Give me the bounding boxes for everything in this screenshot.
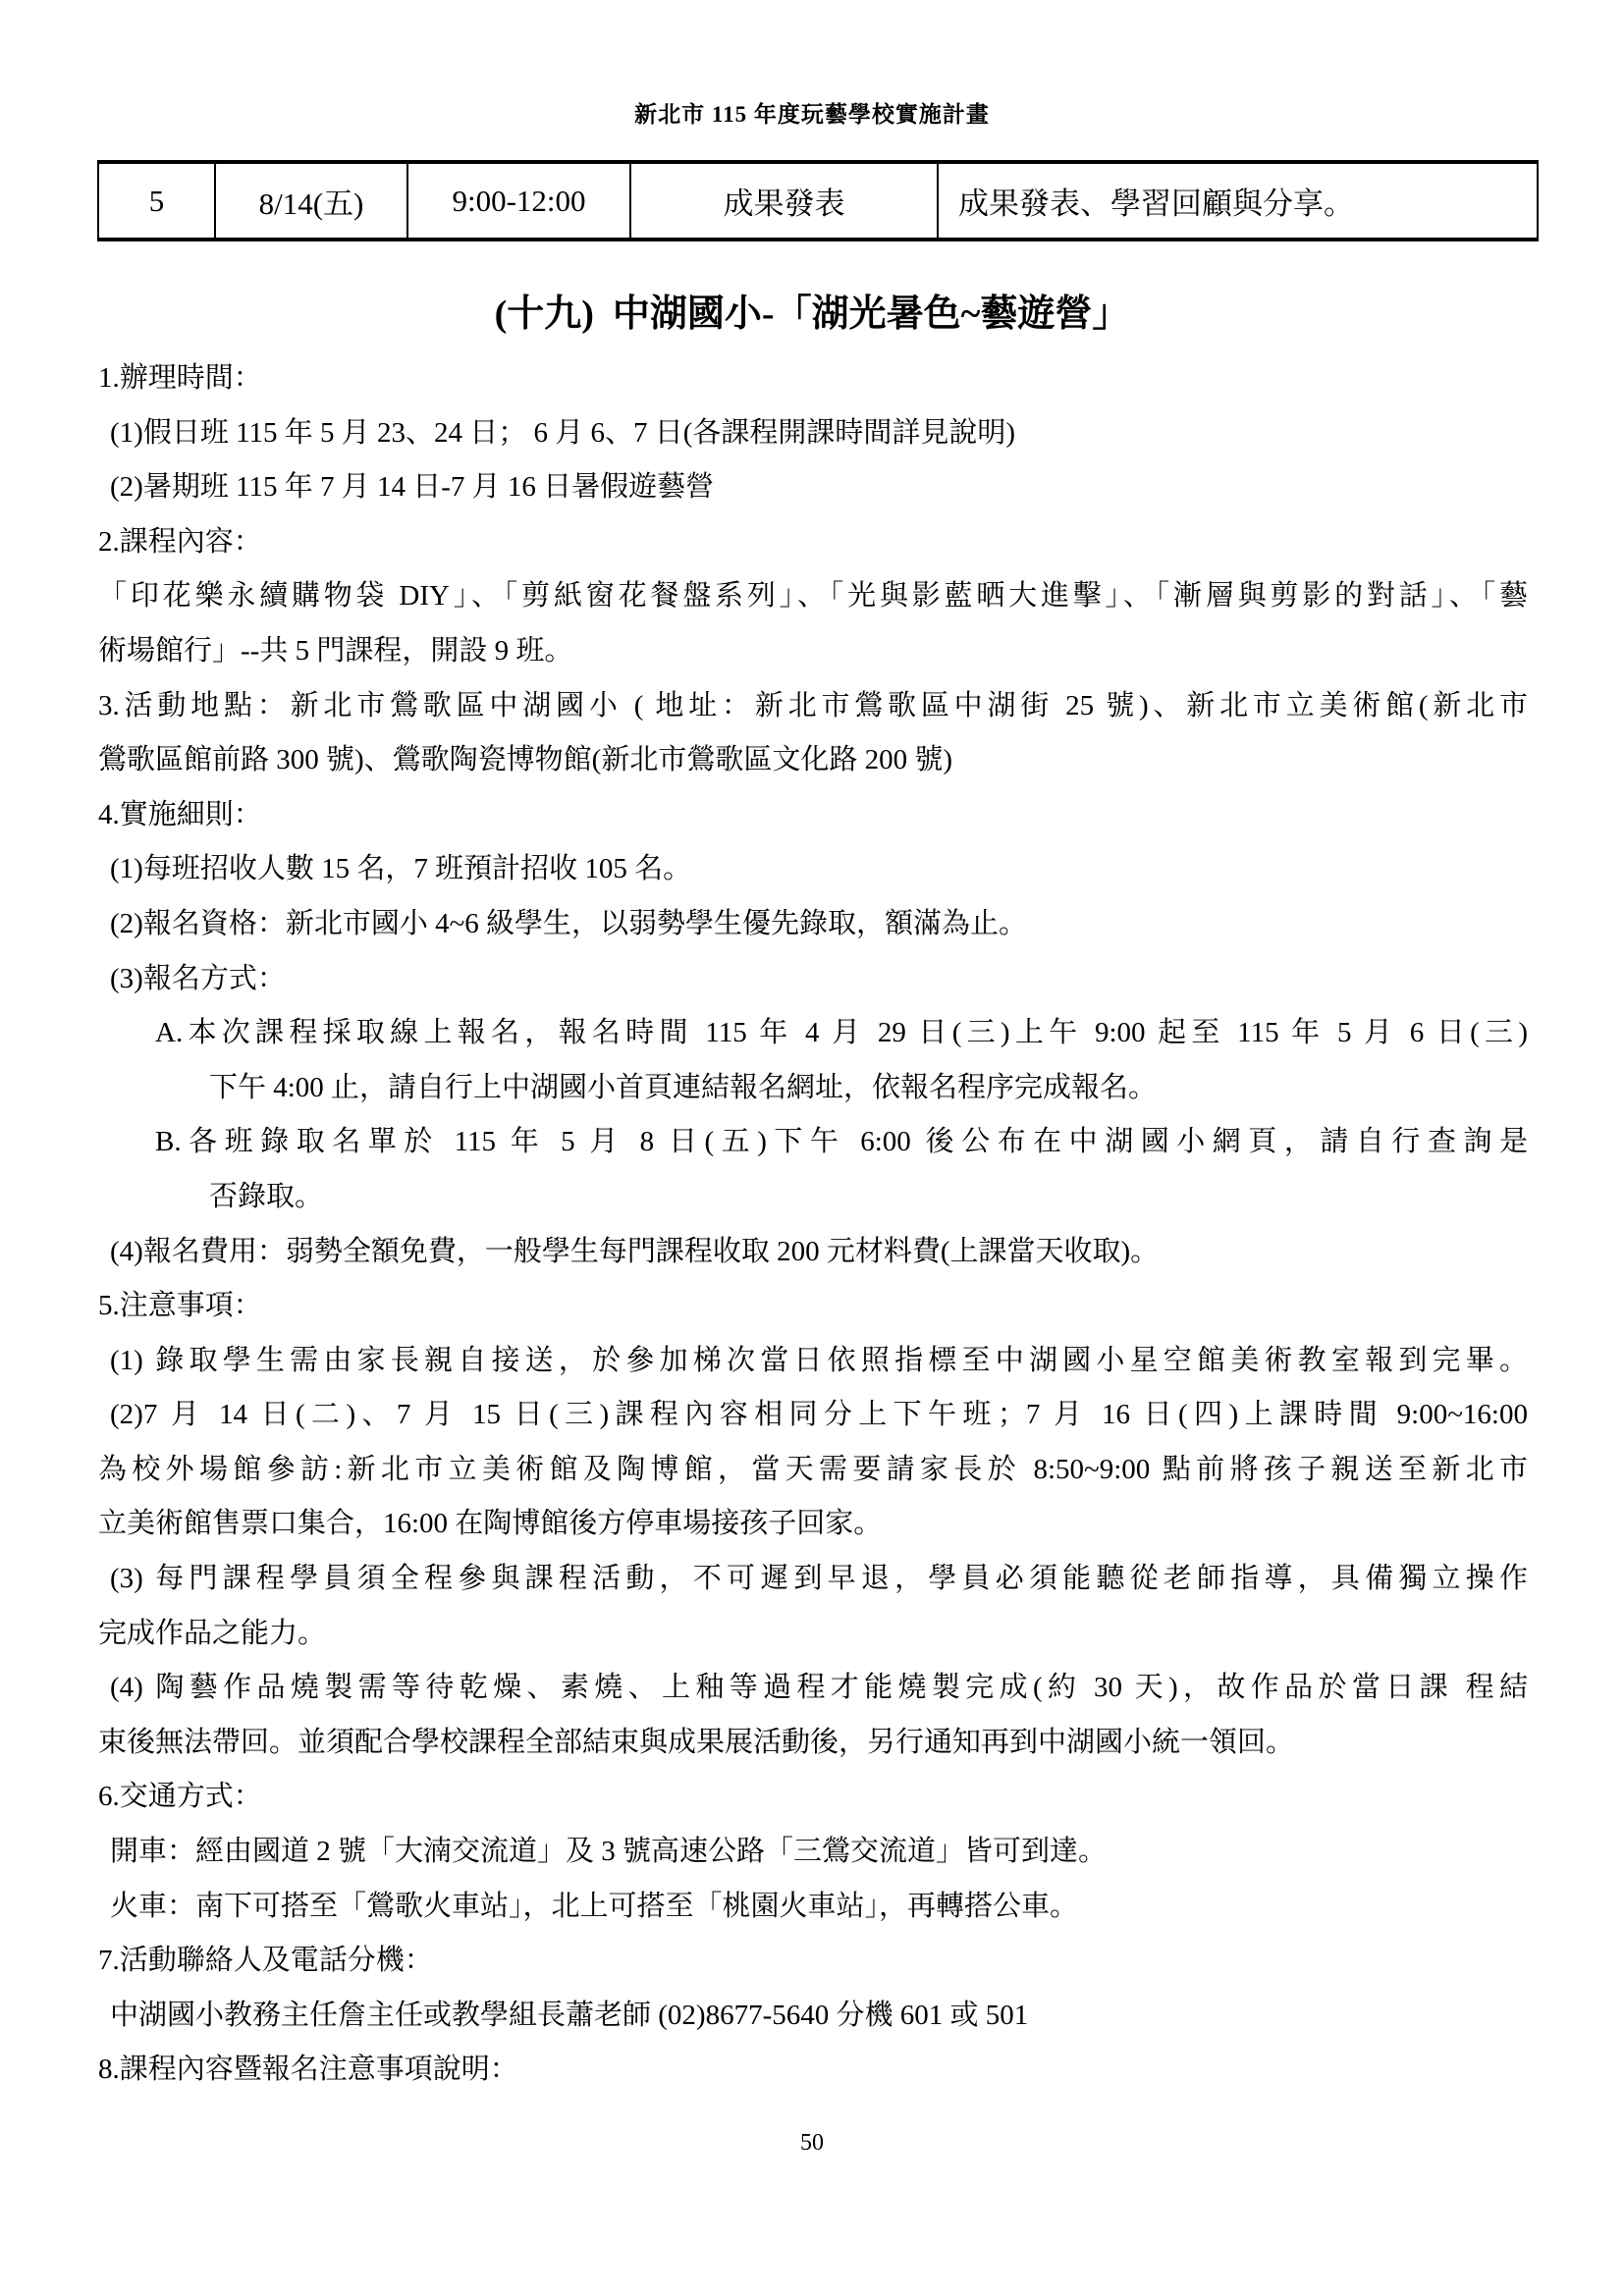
body-line: 否錄取。 <box>0 1170 1624 1225</box>
body-line: 完成作品之能力。 <box>0 1607 1624 1662</box>
body-line: 為校外場館參訪:新北市立美術館及陶博館，當天需要請家長於 8:50~9:00 點… <box>0 1443 1624 1498</box>
body-line: 立美術館售票口集合，16:00 在陶博館後方停車場接孩子回家。 <box>0 1497 1624 1552</box>
document-body: 1.辦理時間：(1)假日班 115 年 5 月 23、24 日； 6 月 6、7… <box>0 351 1624 2098</box>
body-line: (4)報名費用：弱勢全額免費，一般學生每門課程收取 200 元材料費(上課當天收… <box>0 1225 1624 1280</box>
section-title: (十九) 中湖國小-「湖光暑色~藝遊營」 <box>0 283 1624 337</box>
body-line: 1.辦理時間： <box>0 351 1624 406</box>
body-line: 術場館行」--共 5 門課程，開設 9 班。 <box>0 624 1624 679</box>
body-line: 2.課程內容： <box>0 515 1624 570</box>
body-line: (1) 錄取學生需由家長親自接送，於參加梯次當日依照指標至中湖國小星空館美術教室… <box>0 1334 1624 1389</box>
table-cell-time: 9:00-12:00 <box>408 164 631 238</box>
body-line: 3.活動地點：新北市鶯歌區中湖國小 ( 地址：新北市鶯歌區中湖街 25 號)、新… <box>0 679 1624 734</box>
body-line: 鶯歌區館前路 300 號)、鶯歌陶瓷博物館(新北市鶯歌區文化路 200 號) <box>0 733 1624 788</box>
table-cell-date: 8/14(五) <box>216 164 408 238</box>
body-line: (3) 每門課程學員須全程參與課程活動，不可遲到早退，學員必須能聽從老師指導，具… <box>0 1552 1624 1607</box>
body-line: B.各班錄取名單於 115 年 5 月 8 日(五)下午 6:00 後公布在中湖… <box>0 1115 1624 1170</box>
body-line: (4) 陶藝作品燒製需等待乾燥、素燒、上釉等過程才能燒製完成(約 30 天)，故… <box>0 1661 1624 1716</box>
body-line: 束後無法帶回。並須配合學校課程全部結束與成果展活動後，另行通知再到中湖國小統一領… <box>0 1716 1624 1771</box>
body-line: 中湖國小教務主任詹主任或教學組長蕭老師 (02)8677-5640 分機 601… <box>0 1989 1624 2044</box>
table-cell-activity: 成果發表 <box>631 164 939 238</box>
document-page: 新北市 115 年度玩藝學校實施計畫 58/14(五)9:00-12:00成果發… <box>0 0 1624 2296</box>
body-line: (1)每班招收人數 15 名，7 班預計招收 105 名。 <box>0 842 1624 897</box>
body-line: (2)7 月 14 日(二)、7 月 15 日(三)課程內容相同分上下午班；7 … <box>0 1388 1624 1443</box>
body-line: (2)暑期班 115 年 7 月 14 日-7 月 16 日暑假遊藝營 <box>0 460 1624 515</box>
body-line: 8.課程內容暨報名注意事項說明： <box>0 2043 1624 2098</box>
schedule-table-row: 58/14(五)9:00-12:00成果發表成果發表、學習回顧與分享。 <box>97 160 1539 241</box>
body-line: 下午 4:00 止，請自行上中湖國小首頁連結報名網址，依報名程序完成報名。 <box>0 1061 1624 1116</box>
body-line: (1)假日班 115 年 5 月 23、24 日； 6 月 6、7 日(各課程開… <box>0 406 1624 461</box>
page-number: 50 <box>0 2130 1624 2157</box>
body-line: 火車：南下可搭至「鶯歌火車站」，北上可搭至「桃園火車站」，再轉搭公車。 <box>0 1880 1624 1935</box>
body-line: 7.活動聯絡人及電話分機： <box>0 1934 1624 1989</box>
body-line: 6.交通方式： <box>0 1770 1624 1825</box>
body-line: 開車：經由國道 2 號「大湳交流道」及 3 號高速公路「三鶯交流道」皆可到達。 <box>0 1825 1624 1880</box>
body-line: 5.注意事項： <box>0 1279 1624 1334</box>
document-header-title: 新北市 115 年度玩藝學校實施計畫 <box>0 96 1624 129</box>
table-cell-row-number: 5 <box>99 164 216 238</box>
table-cell-description: 成果發表、學習回顧與分享。 <box>939 164 1537 238</box>
body-line: A.本次課程採取線上報名，報名時間 115 年 4 月 29 日(三)上午 9:… <box>0 1006 1624 1061</box>
body-line: (3)報名方式： <box>0 952 1624 1007</box>
body-line: 「印花樂永續購物袋 DIY」、「剪紙窗花餐盤系列」、「光與影藍晒大進擊」、「漸層… <box>0 569 1624 624</box>
body-line: (2)報名資格：新北市國小 4~6 級學生，以弱勢學生優先錄取，額滿為止。 <box>0 897 1624 952</box>
body-line: 4.實施細則： <box>0 788 1624 843</box>
